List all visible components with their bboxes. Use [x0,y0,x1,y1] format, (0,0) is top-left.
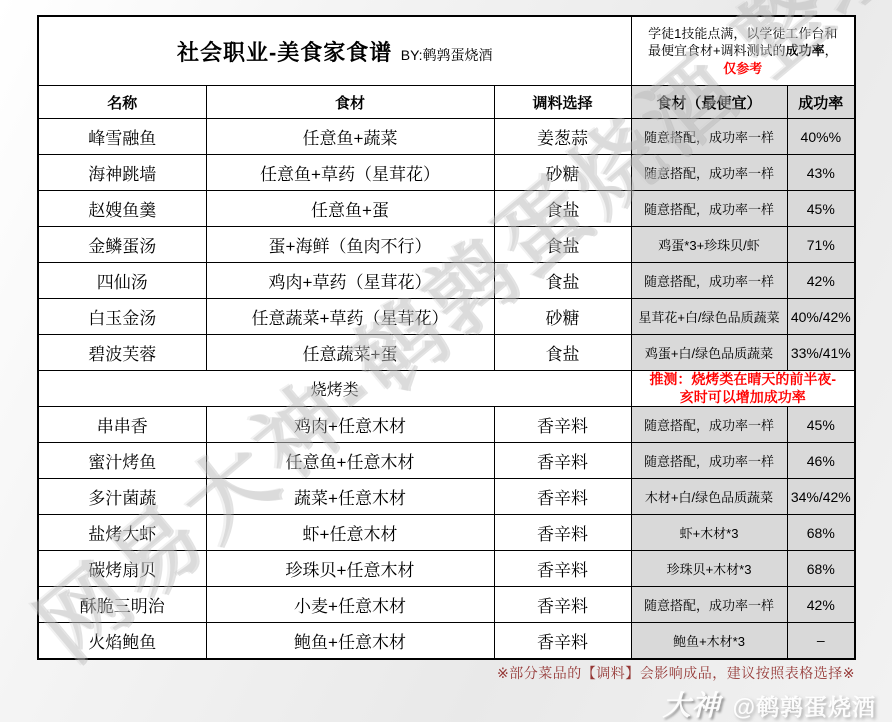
table-row: 火焰鲍鱼鲍鱼+任意木材香辛料鲍鱼+木材*3– [38,623,855,659]
corner-watermark: 大神@鹌鹑蛋烧酒 [663,684,876,722]
ingredients-cell: 任意鱼+蛋 [206,191,494,227]
table-row: 峰雪融鱼任意鱼+蔬菜姜葱蒜随意搭配，成功率一样40%% [38,119,855,155]
sauce-cell: 香辛料 [494,443,631,479]
success-rate-cell: 40%% [787,119,855,155]
recipe-rows: 峰雪融鱼任意鱼+蔬菜姜葱蒜随意搭配，成功率一样40%%海神跳墙任意鱼+草药（星茸… [38,119,855,659]
dish-name-cell: 四仙汤 [38,263,206,299]
table-row: 白玉金汤任意蔬菜+草药（星茸花）砂糖星茸花+白/绿色品质蔬菜40%/42% [38,299,855,335]
success-rate-cell: 42% [787,587,855,623]
sauce-cell: 香辛料 [494,623,631,659]
table-row: 盐烤大虾虾+任意木材香辛料虾+木材*368% [38,515,855,551]
author-byline: BY:鹌鹑蛋烧酒 [401,47,493,63]
sauce-cell: 香辛料 [494,407,631,443]
cheapest-combo-cell: 虾+木材*3 [631,515,787,551]
footnote: ※部分菜品的【调料】会影响成品，建议按照表格选择※ [37,663,855,683]
column-header-ingredients: 食材 [206,86,494,119]
dish-name-cell: 碳烤扇贝 [38,551,206,587]
dish-name-cell: 碧波芙蓉 [38,335,206,371]
cheapest-combo-cell: 随意搭配，成功率一样 [631,119,787,155]
success-rate-cell: 33%/41% [787,335,855,371]
ingredients-cell: 珍珠贝+任意木材 [206,551,494,587]
cheapest-combo-cell: 随意搭配，成功率一样 [631,155,787,191]
dish-name-cell: 多汁菌蔬 [38,479,206,515]
ingredients-cell: 任意鱼+蔬菜 [206,119,494,155]
cheapest-combo-cell: 随意搭配，成功率一样 [631,263,787,299]
cheapest-combo-cell: 随意搭配，成功率一样 [631,587,787,623]
section-label: 烧烤类 [38,371,631,407]
cheapest-combo-cell: 鸡蛋*3+珍珠贝/虾 [631,227,787,263]
success-rate-cell: 46% [787,443,855,479]
dish-name-cell: 酥脆三明治 [38,587,206,623]
table-row: 赵嫂鱼羹任意鱼+蛋食盐随意搭配，成功率一样45% [38,191,855,227]
watermark-handle: @鹌鹑蛋烧酒 [733,694,876,720]
sauce-cell: 食盐 [494,335,631,371]
table-row: 海神跳墙任意鱼+草药（星茸花）砂糖随意搭配，成功率一样43% [38,155,855,191]
reference-only-label: 仅参考 [723,61,762,76]
test-condition-note: 学徒1技能点满，以学徒工作台和 最便宜食材+调料测试的成功率， 仅参考 [631,16,855,86]
title-row: 社会职业-美食家食谱 BY:鹌鹑蛋烧酒 学徒1技能点满，以学徒工作台和 最便宜食… [38,16,855,86]
dish-name-cell: 赵嫂鱼羹 [38,191,206,227]
table-row: 蜜汁烤鱼任意鱼+任意木材香辛料随意搭配，成功率一样46% [38,443,855,479]
success-rate-cell: – [787,623,855,659]
ingredients-cell: 小麦+任意木材 [206,587,494,623]
table-row: 碳烤扇贝珍珠贝+任意木材香辛料珍珠贝+木材*368% [38,551,855,587]
table-row: 碧波芙蓉任意蔬菜+蛋食盐鸡蛋+白/绿色品质蔬菜33%/41% [38,335,855,371]
ingredients-cell: 任意蔬菜+草药（星茸花） [206,299,494,335]
column-header-sauce: 调料选择 [494,86,631,119]
sauce-cell: 香辛料 [494,515,631,551]
sauce-cell: 食盐 [494,191,631,227]
header-row: 名称 食材 调料选择 食材（最便宜） 成功率 [38,86,855,119]
dish-name-cell: 金鳞蛋汤 [38,227,206,263]
table-row: 串串香鸡肉+任意木材香辛料随意搭配，成功率一样45% [38,407,855,443]
dish-name-cell: 串串香 [38,407,206,443]
ingredients-cell: 鸡肉+任意木材 [206,407,494,443]
sauce-cell: 香辛料 [494,479,631,515]
ingredients-cell: 鲍鱼+任意木材 [206,623,494,659]
dish-name-cell: 火焰鲍鱼 [38,623,206,659]
success-rate-cell: 68% [787,515,855,551]
section-note: 推测：烧烤类在晴天的前半夜-亥时可以增加成功率 [631,371,855,407]
cheapest-combo-cell: 鲍鱼+木材*3 [631,623,787,659]
ingredients-cell: 蔬菜+任意木材 [206,479,494,515]
ingredients-cell: 蛋+海鲜（鱼肉不行） [206,227,494,263]
sauce-cell: 姜葱蒜 [494,119,631,155]
column-header-rate: 成功率 [787,86,855,119]
cheapest-combo-cell: 珍珠贝+木材*3 [631,551,787,587]
table-row: 四仙汤鸡肉+草药（星茸花）食盐随意搭配，成功率一样42% [38,263,855,299]
ingredients-cell: 任意鱼+草药（星茸花） [206,155,494,191]
success-rate-cell: 42% [787,263,855,299]
cheapest-combo-cell: 随意搭配，成功率一样 [631,443,787,479]
recipe-sheet: 社会职业-美食家食谱 BY:鹌鹑蛋烧酒 学徒1技能点满，以学徒工作台和 最便宜食… [37,15,856,660]
cheapest-combo-cell: 随意搭配，成功率一样 [631,191,787,227]
cheapest-combo-cell: 星茸花+白/绿色品质蔬菜 [631,299,787,335]
cheapest-combo-cell: 鸡蛋+白/绿色品质蔬菜 [631,335,787,371]
note-line1: 学徒1技能点满，以学徒工作台和 [648,26,837,41]
table-row: 金鳞蛋汤蛋+海鲜（鱼肉不行）食盐鸡蛋*3+珍珠贝/虾71% [38,227,855,263]
sauce-cell: 香辛料 [494,587,631,623]
section-row: 烧烤类推测：烧烤类在晴天的前半夜-亥时可以增加成功率 [38,371,855,407]
success-rate-cell: 45% [787,191,855,227]
table-row: 多汁菌蔬蔬菜+任意木材香辛料木材+白/绿色品质蔬菜34%/42% [38,479,855,515]
ingredients-cell: 任意蔬菜+蛋 [206,335,494,371]
ingredients-cell: 虾+任意木材 [206,515,494,551]
sauce-cell: 食盐 [494,227,631,263]
dish-name-cell: 盐烤大虾 [38,515,206,551]
sheet-title-cell: 社会职业-美食家食谱 BY:鹌鹑蛋烧酒 [38,16,631,86]
recipe-table: 社会职业-美食家食谱 BY:鹌鹑蛋烧酒 学徒1技能点满，以学徒工作台和 最便宜食… [37,15,856,660]
success-rate-cell: 68% [787,551,855,587]
sauce-cell: 砂糖 [494,155,631,191]
note-bold-word: 成功率 [786,43,825,58]
column-header-name: 名称 [38,86,206,119]
dish-name-cell: 白玉金汤 [38,299,206,335]
page-title: 社会职业-美食家食谱 [177,40,392,65]
ingredients-cell: 鸡肉+草药（星茸花） [206,263,494,299]
note-line2-post: ， [825,43,838,58]
cheapest-combo-cell: 木材+白/绿色品质蔬菜 [631,479,787,515]
dish-name-cell: 蜜汁烤鱼 [38,443,206,479]
success-rate-cell: 45% [787,407,855,443]
cheapest-combo-cell: 随意搭配，成功率一样 [631,407,787,443]
sauce-cell: 砂糖 [494,299,631,335]
success-rate-cell: 34%/42% [787,479,855,515]
dashen-logo: 大神 [663,690,721,721]
table-row: 酥脆三明治小麦+任意木材香辛料随意搭配，成功率一样42% [38,587,855,623]
column-header-cheapest: 食材（最便宜） [631,86,787,119]
dish-name-cell: 峰雪融鱼 [38,119,206,155]
note-line2: 最便宜食材+调料测试的 [648,43,786,58]
success-rate-cell: 71% [787,227,855,263]
success-rate-cell: 40%/42% [787,299,855,335]
sauce-cell: 食盐 [494,263,631,299]
dish-name-cell: 海神跳墙 [38,155,206,191]
sauce-cell: 香辛料 [494,551,631,587]
ingredients-cell: 任意鱼+任意木材 [206,443,494,479]
success-rate-cell: 43% [787,155,855,191]
